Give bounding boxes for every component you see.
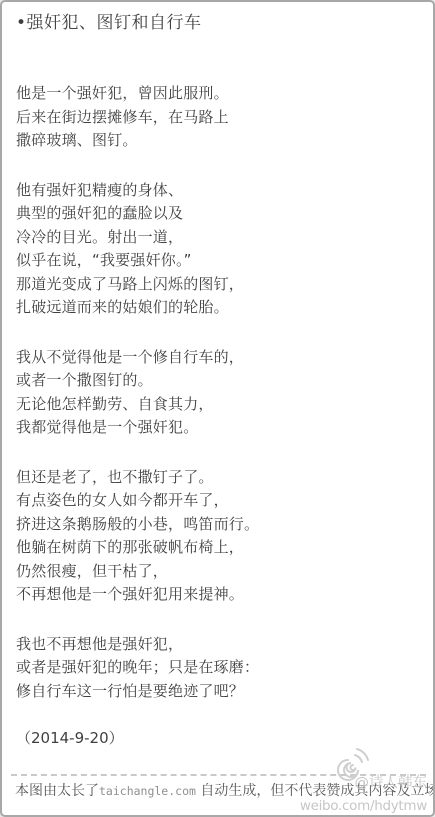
poem-line: 或者是强奸犯的晚年；只是在琢磨：	[16, 656, 419, 680]
poem-line: 我也不再想他是强奸犯，	[16, 633, 419, 657]
poem-title: •强奸犯、图钉和自行车	[16, 11, 419, 35]
poem-line: 那道光变成了马路上闪烁的图钉，	[16, 273, 419, 297]
poem-line: 后来在街边摆摊修车，在马路上	[16, 106, 419, 130]
poem-line: 仍然很瘦，但干枯了，	[16, 560, 419, 584]
weibo-watermark-handle: @诗人韩东	[355, 773, 428, 793]
poem-line: 他有强奸犯精瘦的身体、	[16, 179, 419, 203]
notice-prefix: 本图由太长了	[15, 783, 99, 799]
poem-line: 但还是老了，也不撒钉子了。	[16, 466, 419, 490]
generator-site-url: taichangle.com	[99, 784, 196, 798]
stanza-2: 他有强奸犯精瘦的身体、 典型的强奸犯的蠢脸以及 冷冷的目光。射出一道， 似乎在说…	[16, 179, 419, 320]
stanza-5: 我也不再想他是强奸犯， 或者是强奸犯的晚年；只是在琢磨： 修自行车这一行怕是要绝…	[16, 633, 419, 704]
poem-line: 撒碎玻璃、图钉。	[16, 129, 419, 153]
poem-line: 冷冷的目光。射出一道，	[16, 226, 419, 250]
poem-line: 我都觉得他是一个强奸犯。	[16, 416, 419, 440]
generated-poem-image: •强奸犯、图钉和自行车 他是一个强奸犯，曾因此服刑。 后来在街边摆摊修车，在马路…	[0, 0, 435, 817]
poem-line: 他躺在树荫下的那张破帆布椅上，	[16, 536, 419, 560]
weibo-watermark-url: weibo.com/hdytmw	[300, 798, 427, 815]
stanza-4: 但还是老了，也不撒钉子了。 有点姿色的女人如今都开车了， 挤进这条鹅肠般的小巷，…	[16, 466, 419, 607]
stanza-3: 我从不觉得他是一个修自行车的， 或者一个撒图钉的。 无论他怎样勤劳、自食其力， …	[16, 346, 419, 440]
stanza-1: 他是一个强奸犯，曾因此服刑。 后来在街边摆摊修车，在马路上 撒碎玻璃、图钉。	[16, 82, 419, 153]
poem-line: 或者一个撒图钉的。	[16, 369, 419, 393]
poem-line: 似乎在说，“我要强奸你。”	[16, 249, 419, 273]
poem-line: 扎破远道而来的姑娘们的轮胎。	[16, 296, 419, 320]
poem-line: 不再想他是一个强奸犯用来提神。	[16, 583, 419, 607]
poem-line: 修自行车这一行怕是要绝迹了吧？	[16, 680, 419, 704]
poem-line: 有点姿色的女人如今都开车了，	[16, 489, 419, 513]
poem-line: 我从不觉得他是一个修自行车的，	[16, 346, 419, 370]
poem-line: 无论他怎样勤劳、自食其力，	[16, 393, 419, 417]
poem-line: 挤进这条鹅肠般的小巷，鸣笛而行。	[16, 513, 419, 537]
poem-line: 典型的强奸犯的蠢脸以及	[16, 202, 419, 226]
poem-body: •强奸犯、图钉和自行车 他是一个强奸犯，曾因此服刑。 后来在街边摆摊修车，在马路…	[2, 2, 433, 751]
poem-line: 他是一个强奸犯，曾因此服刑。	[16, 82, 419, 106]
